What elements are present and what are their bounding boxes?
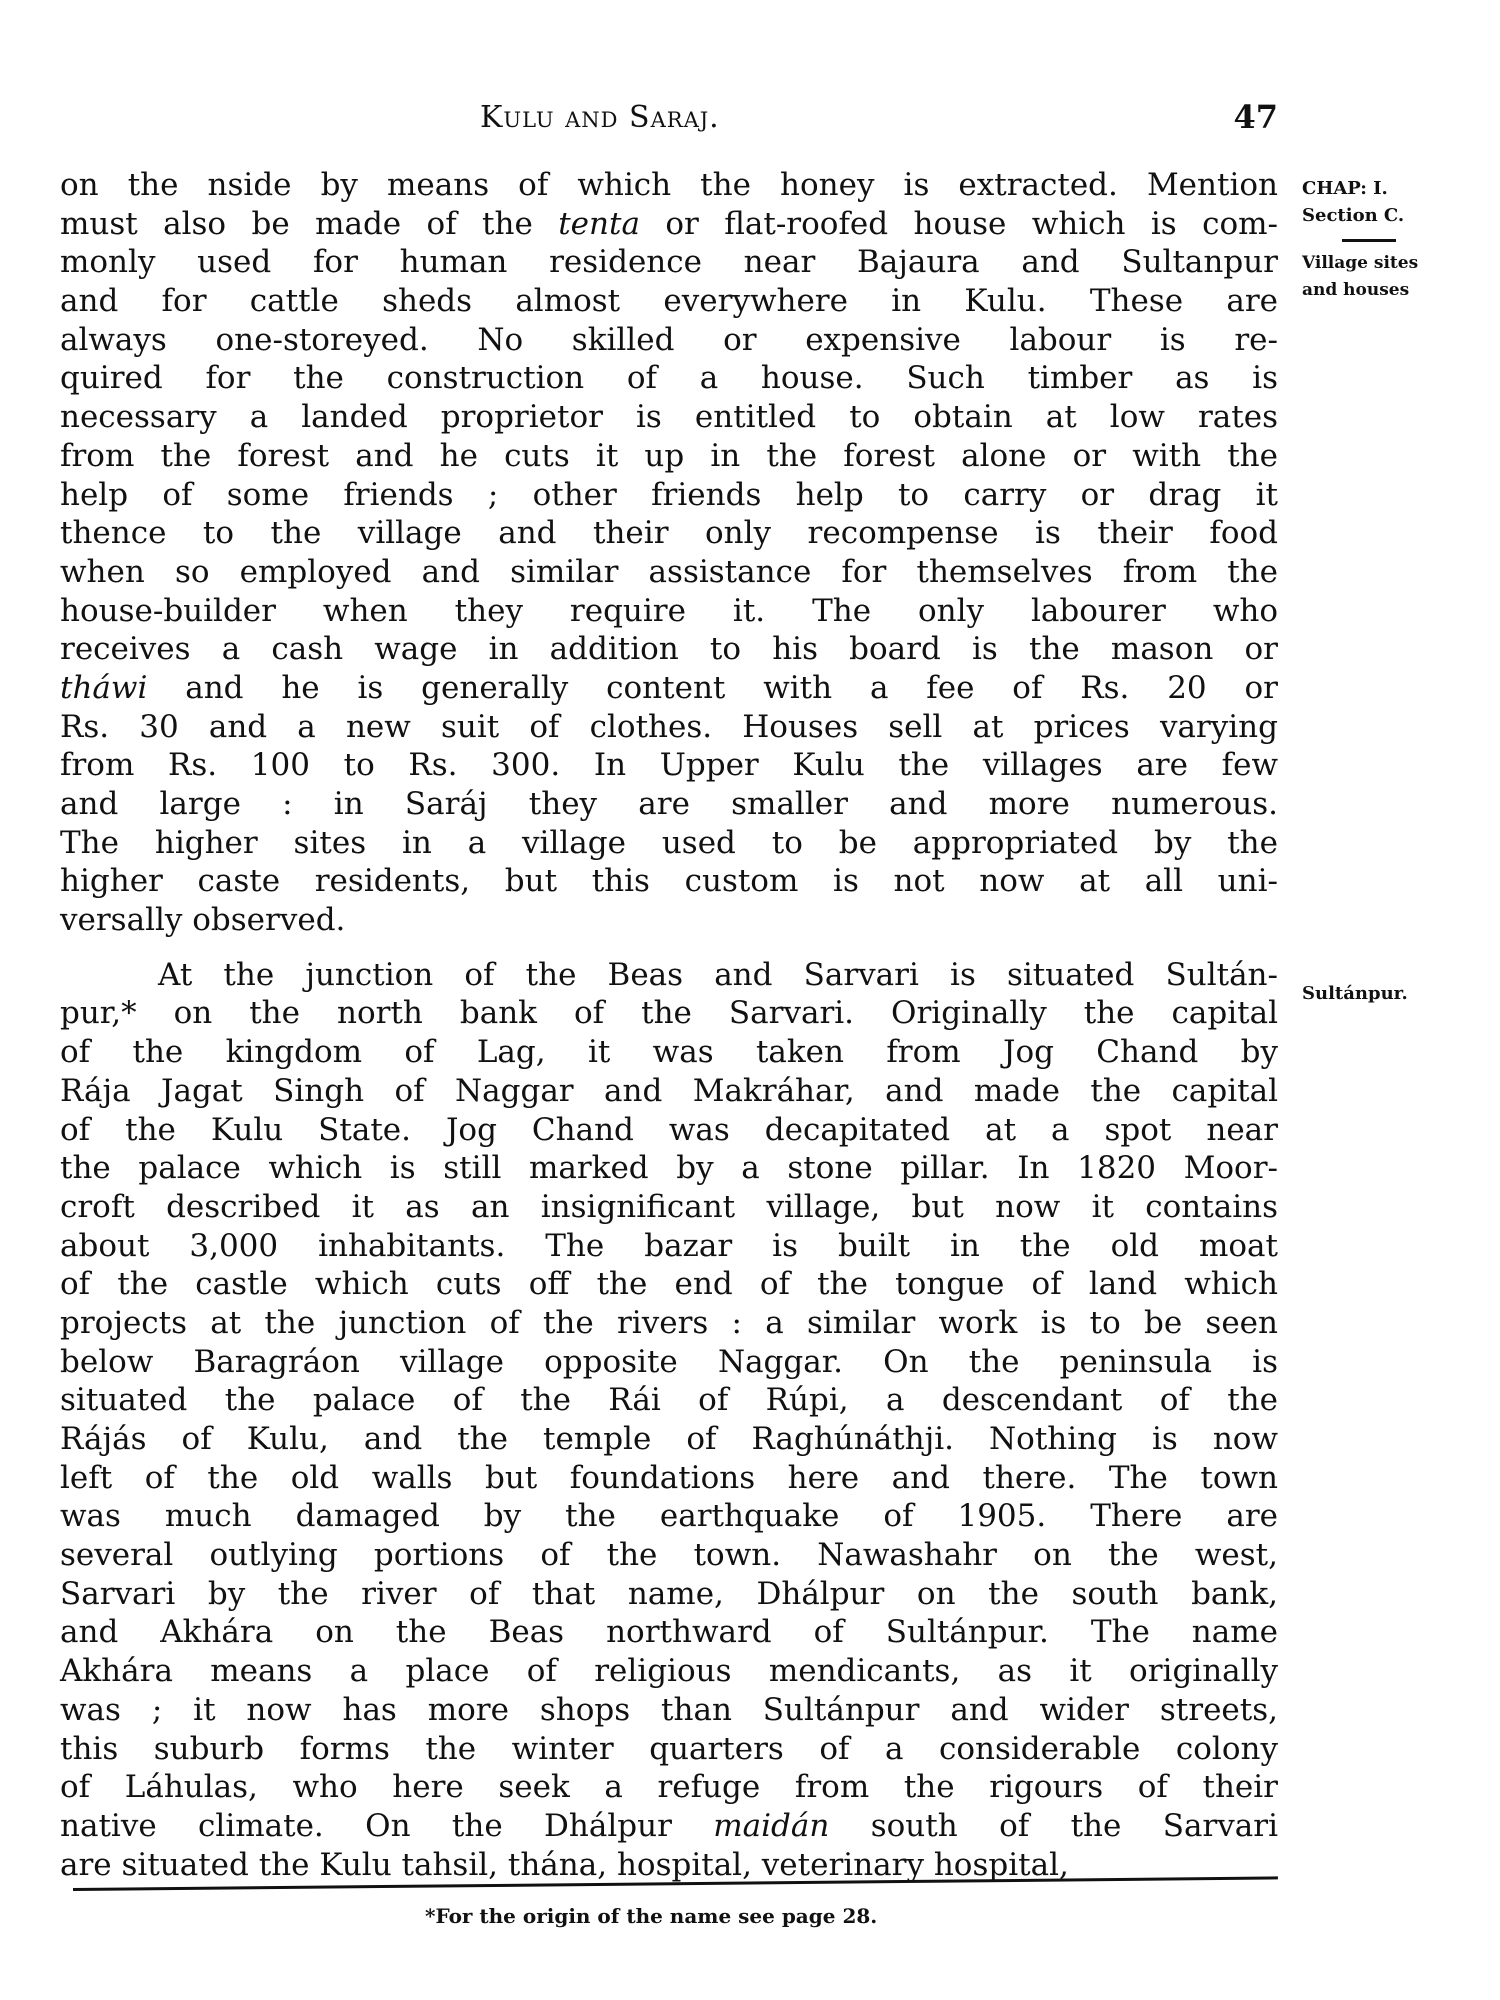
text-line: of the kingdom of Lag, it was taken from… (60, 1033, 1278, 1072)
text-line: and Akhára on the Beas northward of Sult… (60, 1613, 1278, 1652)
text-line: help of some friends ; other friends hel… (60, 476, 1278, 515)
margin-note-village-sites: Village sites and houses (1302, 250, 1452, 304)
text-line: Rs. 30 and a new suit of clothes. Houses… (60, 708, 1278, 747)
text-line: higher caste residents, but this custom … (60, 862, 1278, 901)
text-line: of the castle which cuts off the end of … (60, 1265, 1278, 1304)
text-line: this suburb forms the winter quarters of… (60, 1730, 1278, 1769)
italic-term: tháwi (60, 670, 147, 706)
text-line: on the nside by means of which the honey… (60, 166, 1278, 205)
footnote: *For the origin of the name see page 28. (425, 1904, 925, 1928)
italic-term: maidán (713, 1808, 829, 1844)
text-line: Rájás of Kulu, and the temple of Raghúná… (60, 1420, 1278, 1459)
text-line: always one-storeyed. No skilled or expen… (60, 321, 1278, 360)
text-line: and large : in Saráj they are smaller an… (60, 785, 1278, 824)
text-line: projects at the junction of the rivers :… (60, 1304, 1278, 1343)
text-line: Akhára means a place of religious mendic… (60, 1652, 1278, 1691)
text-line: Rája Jagat Singh of Naggar and Makráhar,… (60, 1072, 1278, 1111)
running-title: Kulu and Saraj. (480, 100, 840, 135)
margin-note-chapter: CHAP: I. Section C. (1302, 175, 1452, 229)
text-line: of the Kulu State. Jog Chand was decapit… (60, 1111, 1278, 1150)
text-line: thence to the village and their only rec… (60, 514, 1278, 553)
text-line: native climate. On the Dhálpur maidán so… (60, 1807, 1278, 1846)
margin-divider (1342, 239, 1396, 242)
text-line: croft described it as an insignificant v… (60, 1188, 1278, 1227)
paragraph-village-sites: on the nside by means of which the honey… (60, 166, 1278, 940)
document-page: Kulu and Saraj. 47 CHAP: I. Section C. V… (0, 0, 1500, 2000)
margin-note-sultanpur: Sultánpur. (1302, 980, 1452, 1007)
village-sites-line-1: Village sites (1302, 250, 1452, 277)
text-line: At the junction of the Beas and Sarvari … (60, 956, 1278, 995)
italic-term: tenta (558, 206, 640, 242)
text-line: situated the palace of the Rái of Rúpi, … (60, 1381, 1278, 1420)
text-line: quired for the construction of a house. … (60, 359, 1278, 398)
text-line: receives a cash wage in addition to his … (60, 630, 1278, 669)
text-line: pur,* on the north bank of the Sarvari. … (60, 994, 1278, 1033)
text-line: from Rs. 100 to Rs. 300. In Upper Kulu t… (60, 746, 1278, 785)
text-line: versally observed. (60, 901, 1278, 940)
text-line: about 3,000 inhabitants. The bazar is bu… (60, 1227, 1278, 1266)
text-line: The higher sites in a village used to be… (60, 824, 1278, 863)
chapter-label: CHAP: I. (1302, 175, 1452, 202)
text-line: house-builder when they require it. The … (60, 592, 1278, 631)
text-line: was ; it now has more shops than Sultánp… (60, 1691, 1278, 1730)
text-line: must also be made of the tenta or flat-r… (60, 205, 1278, 244)
text-line: tháwi and he is generally content with a… (60, 669, 1278, 708)
paragraph-sultanpur: At the junction of the Beas and Sarvari … (60, 956, 1278, 1885)
village-sites-line-2: and houses (1302, 277, 1452, 304)
text-line: was much damaged by the earthquake of 19… (60, 1497, 1278, 1536)
text-line: monly used for human residence near Baja… (60, 243, 1278, 282)
section-label: Section C. (1302, 202, 1452, 229)
page-number: 47 (1228, 98, 1278, 136)
text-line: the palace which is still marked by a st… (60, 1149, 1278, 1188)
text-line: Sarvari by the river of that name, Dhálp… (60, 1575, 1278, 1614)
text-line: of Láhulas, who here seek a refuge from … (60, 1768, 1278, 1807)
text-line: below Baragráon village opposite Naggar.… (60, 1343, 1278, 1382)
text-line: left of the old walls but foundations he… (60, 1459, 1278, 1498)
text-line: necessary a landed proprietor is entitle… (60, 398, 1278, 437)
body-text: on the nside by means of which the honey… (60, 166, 1278, 1884)
text-line: when so employed and similar assistance … (60, 553, 1278, 592)
text-line: from the forest and he cuts it up in the… (60, 437, 1278, 476)
text-line: and for cattle sheds almost everywhere i… (60, 282, 1278, 321)
text-line: several outlying portions of the town. N… (60, 1536, 1278, 1575)
